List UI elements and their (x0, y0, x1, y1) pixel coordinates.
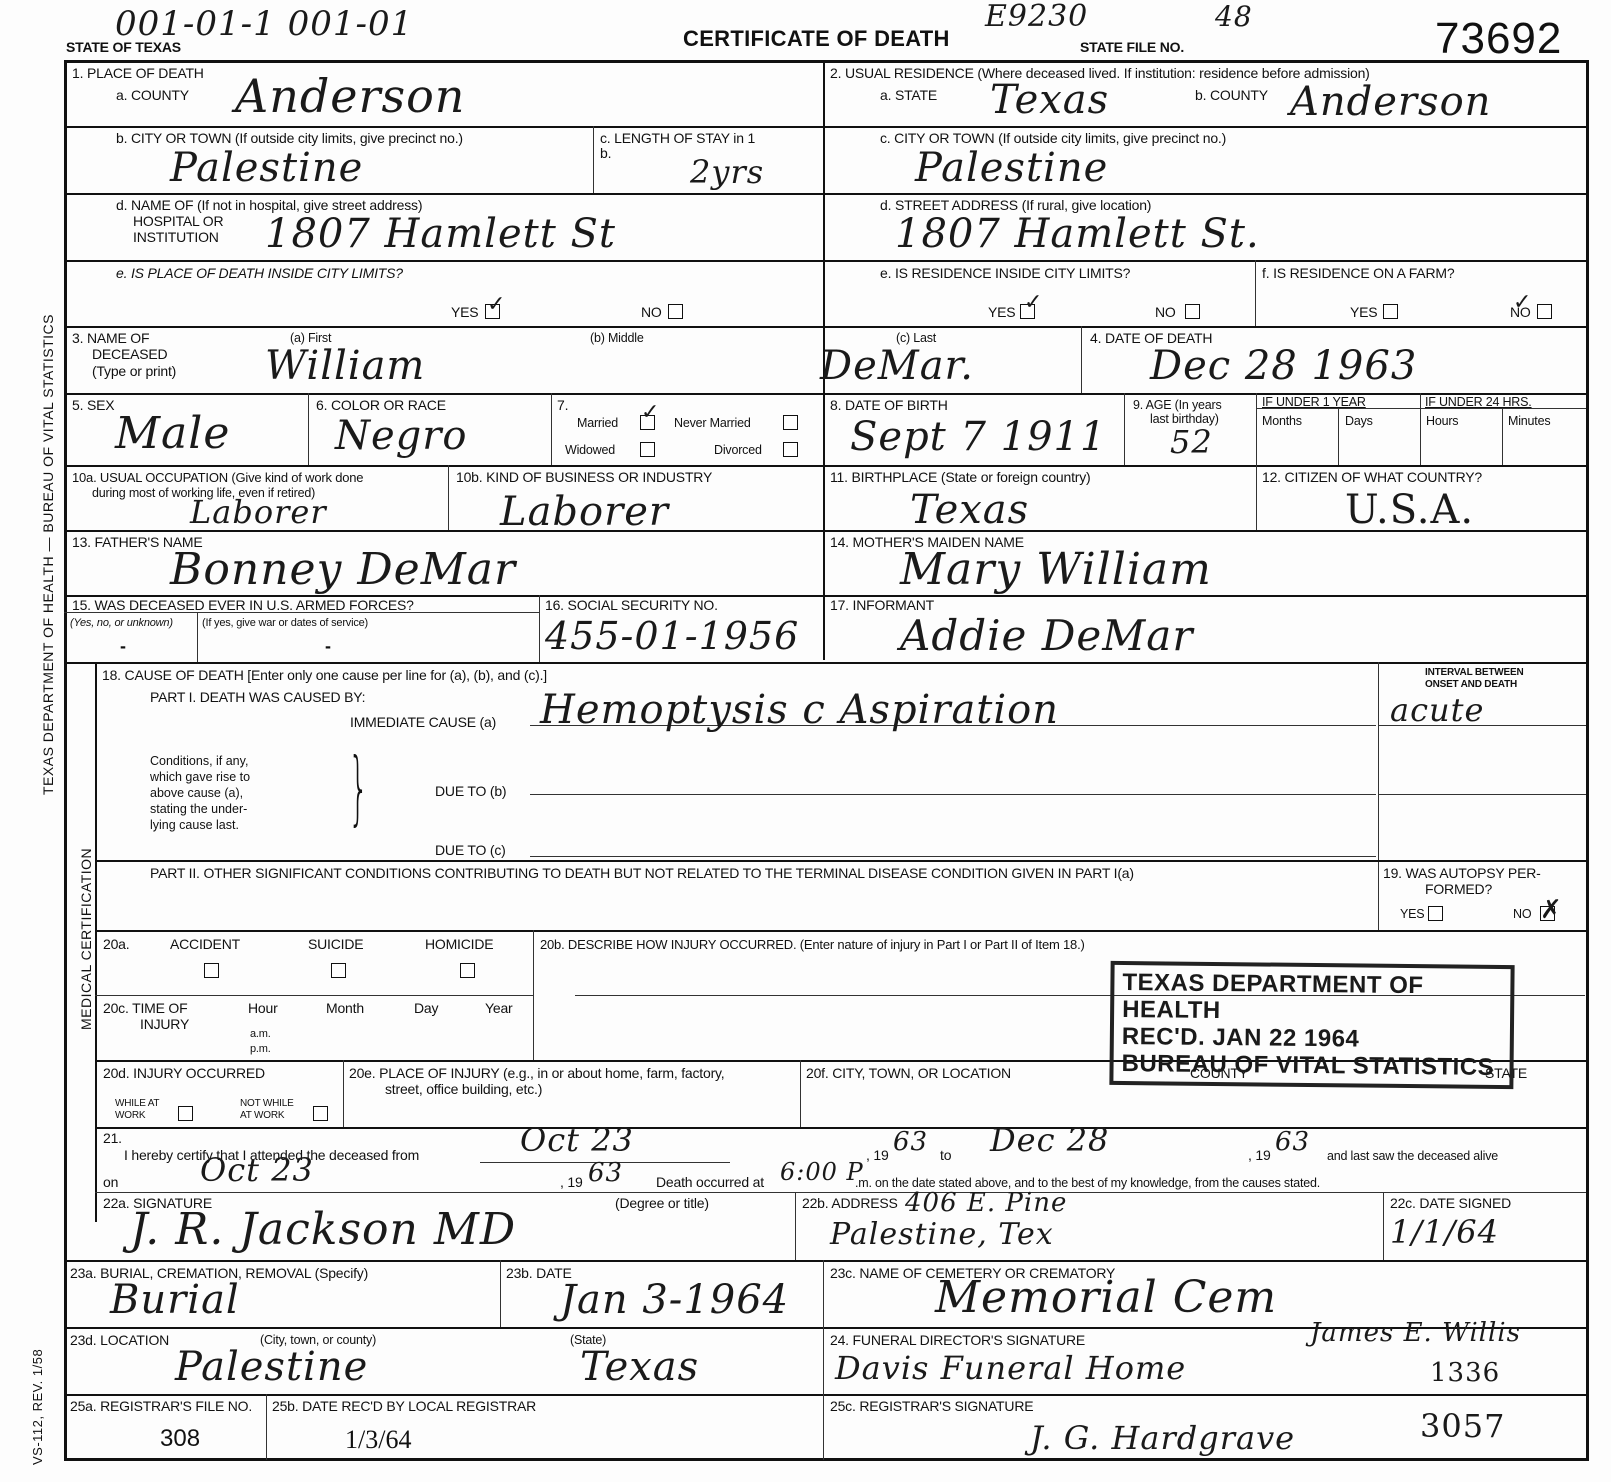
frame-left (64, 60, 67, 1460)
state-file-number: 73692 (1435, 14, 1562, 64)
citizen-value[interactable]: U.S.A. (1345, 488, 1474, 532)
interval-label-1: INTERVAL BETWEEN (1425, 667, 1523, 679)
frame-top (64, 60, 1589, 63)
sex-value[interactable]: Male (115, 412, 230, 456)
last-name-value[interactable]: DeMar. (820, 344, 974, 388)
injury-type-label: 20a. (103, 937, 129, 952)
date-of-death-value[interactable]: Dec 28 1963 (1150, 344, 1417, 388)
stamp-line-2: REC'D. JAN 22 1964 (1122, 1023, 1502, 1054)
armed-yes-no-label: (Yes, no, or unknown) (70, 617, 173, 629)
industry-value[interactable]: Laborer (500, 490, 669, 534)
armed-forces-label: 15. WAS DECEASED EVER IN U.S. ARMED FORC… (72, 598, 414, 613)
rule (530, 856, 1376, 857)
autopsy-yes-checkbox[interactable] (1428, 906, 1443, 921)
injury-city-label: 20f. CITY, TOWN, OR LOCATION (806, 1066, 1011, 1081)
age-label-1: 9. AGE (In years (1133, 398, 1222, 412)
handwritten-48: 48 (1215, 2, 1253, 32)
rule (448, 465, 449, 530)
rule (530, 794, 1376, 795)
burial-value[interactable]: Burial (110, 1278, 240, 1322)
due-to-b-label: DUE TO (b) (435, 784, 506, 799)
received-stamp: TEXAS DEPARTMENT OF HEALTH REC'D. JAN 22… (1109, 961, 1514, 1089)
degree-label: (Degree or title) (615, 1196, 709, 1211)
interval-label-2: ONSET AND DEATH (1425, 679, 1517, 691)
widowed-checkbox[interactable] (640, 442, 655, 457)
rule (1124, 393, 1125, 465)
registrar-file-value[interactable]: 308 (160, 1425, 200, 1453)
divorced-checkbox[interactable] (783, 442, 798, 457)
rule (551, 393, 552, 465)
armed-war-value[interactable]: - (325, 636, 331, 657)
conditions-note: Conditions, if any, which gave rise to a… (150, 753, 250, 833)
part1-label: PART I. DEATH WAS CAUSED BY: (150, 690, 365, 705)
months-label: Months (1262, 414, 1302, 428)
father-value[interactable]: Bonney DeMar (170, 548, 516, 592)
mother-value[interactable]: Mary William (900, 548, 1212, 592)
homicide-checkbox[interactable] (460, 963, 475, 978)
funeral-director-number[interactable]: 1336 (1430, 1358, 1500, 1388)
birthplace-label: 11. BIRTHPLACE (State or foreign country… (830, 470, 1091, 485)
rule (266, 1394, 267, 1460)
describe-injury-label: 20b. DESCRIBE HOW INJURY OCCURRED. (Ente… (540, 937, 1085, 952)
under-24-label: IF UNDER 24 HRS. (1425, 395, 1532, 409)
checkmark-icon: ✓ (1024, 290, 1042, 315)
handwritten-code: 001-01-1 001-01 (115, 6, 413, 42)
autopsy-no-label: NO (1513, 907, 1531, 921)
location-state-value[interactable]: Texas (580, 1345, 699, 1389)
marital-divorced-label: Divorced (714, 443, 762, 457)
interval-value[interactable]: acute (1390, 692, 1484, 728)
cause-label: 18. CAUSE OF DEATH [Enter only one cause… (102, 668, 547, 683)
conditions-note-line: above cause (a), (150, 785, 250, 801)
rule (343, 1060, 344, 1127)
rule (1081, 326, 1082, 393)
suicide-checkbox[interactable] (331, 963, 346, 978)
accident-checkbox[interactable] (204, 963, 219, 978)
year-label: Year (485, 1001, 513, 1016)
residence-city-value[interactable]: Palestine (915, 146, 1108, 190)
certificate-title: CERTIFICATE OF DEATH (683, 26, 950, 52)
rule (308, 393, 309, 465)
name-label-1: 3. NAME OF (72, 331, 149, 346)
occupation-value[interactable]: Laborer (190, 494, 327, 530)
certification-text-2: and last saw the deceased alive (1327, 1149, 1498, 1163)
registrar-signature-value[interactable]: J. G. Hardgrave (1030, 1420, 1295, 1456)
dob-label: 8. DATE OF BIRTH (830, 398, 948, 413)
day-label: Day (414, 1001, 438, 1016)
date-signed-value[interactable]: 1/1/64 (1390, 1214, 1499, 1250)
death-city-label: b. CITY OR TOWN (If outside city limits,… (116, 131, 463, 146)
rule (800, 1060, 801, 1127)
marital-label: 7. (557, 398, 568, 413)
conditions-note-line: stating the under- (150, 801, 250, 817)
accident-label: ACCIDENT (170, 937, 240, 952)
month-label: Month (326, 1001, 364, 1016)
rule (1378, 794, 1586, 795)
part2-label: PART II. OTHER SIGNIFICANT CONDITIONS CO… (150, 866, 1134, 881)
not-work-label-1: NOT WHILE (240, 1098, 294, 1110)
residence-state-label: a. STATE (880, 88, 937, 103)
immediate-cause-value[interactable]: Hemoptysis c Aspiration (540, 688, 1059, 732)
marital-married-label: Married (577, 416, 618, 430)
death-inside-limits-label: e. IS PLACE OF DEATH INSIDE CITY LIMITS? (116, 266, 403, 281)
attended-to-year[interactable]: 63 (1275, 1127, 1310, 1157)
registrar-file-label: 25a. REGISTRAR'S FILE NO. (70, 1399, 252, 1414)
state-file-label: STATE FILE NO. (1080, 40, 1184, 55)
frame-bottom (64, 1458, 1589, 1461)
under-1-year-label: IF UNDER 1 YEAR (1262, 395, 1366, 409)
physician-signature[interactable]: J. R. Jackson MD (130, 1208, 516, 1252)
homicide-label: HOMICIDE (425, 937, 493, 952)
autopsy-yes-label: YES (1400, 907, 1424, 921)
length-of-stay-value[interactable]: 2yrs (690, 154, 764, 190)
at-work-label-1: WHILE AT (115, 1098, 159, 1110)
death-yes-label: YES (451, 305, 478, 320)
checkmark-icon: ✓ (1513, 290, 1531, 315)
rule (197, 612, 198, 662)
autopsy-label-1: 19. WAS AUTOPSY PER- (1383, 866, 1541, 881)
residence-street-value[interactable]: 1807 Hamlett St. (895, 212, 1260, 256)
date-signed-label: 22c. DATE SIGNED (1390, 1196, 1511, 1211)
rule (1256, 393, 1257, 465)
pm-label: p.m. (250, 1043, 271, 1055)
last-seen-date[interactable]: Oct 23 (200, 1152, 314, 1188)
rule (1338, 408, 1339, 465)
sex-label: 5. SEX (72, 398, 114, 413)
stamp-line-3: BUREAU OF VITAL STATISTICS (1121, 1050, 1501, 1081)
farm-yes-checkbox[interactable] (1383, 304, 1398, 319)
x-mark-icon: ✗ (1540, 895, 1562, 925)
checkmark-icon: ✓ (641, 400, 659, 425)
middle-name-label: (b) Middle (590, 331, 644, 345)
conditions-note-line: which gave rise to (150, 769, 250, 785)
rule (1255, 260, 1256, 326)
to-year-prefix: , 19 (1248, 1148, 1271, 1163)
not-at-work-checkbox[interactable] (313, 1106, 328, 1121)
rule (64, 126, 1589, 128)
physician-address-1[interactable]: 406 E. Pine (905, 1188, 1067, 1218)
conditions-note-line: Conditions, if any, (150, 753, 250, 769)
frame-right (1586, 60, 1589, 1460)
rule (539, 595, 540, 662)
state-of-texas-label: STATE OF TEXAS (66, 40, 181, 55)
side-text-medical: MEDICAL CERTIFICATION (78, 848, 94, 1030)
marital-never-label: Never Married (674, 416, 751, 430)
last-seen-year-prefix: , 19 (560, 1175, 583, 1190)
handwritten-file-ref: E9230 (985, 2, 1088, 32)
hospital-value[interactable]: 1807 Hamlett St (265, 212, 616, 256)
rule (95, 1192, 1586, 1193)
side-text-form-no: VS-112, REV. 1/58 (30, 1349, 45, 1465)
funeral-home-value[interactable]: Davis Funeral Home (835, 1350, 1186, 1386)
armed-war-label: (If yes, give war or dates of service) (202, 617, 368, 629)
injury-occurred-label: 20d. INJURY OCCURRED (103, 1066, 265, 1081)
to-label: to (940, 1148, 951, 1163)
place-of-death-label: 1. PLACE OF DEATH (72, 66, 204, 81)
conditions-note-line: lying cause last. (150, 817, 250, 833)
burial-date-value[interactable]: Jan 3-1964 (560, 1278, 789, 1322)
race-value[interactable]: Negro (335, 414, 467, 458)
am-label: a.m. (250, 1028, 271, 1040)
marital-widowed-label: Widowed (565, 443, 615, 457)
industry-label: 10b. KIND OF BUSINESS OR INDUSTRY (456, 470, 712, 485)
rule (593, 126, 594, 193)
due-to-c-label: DUE TO (c) (435, 843, 506, 858)
physician-address-label: 22b. ADDRESS (802, 1196, 898, 1211)
rule (64, 465, 1589, 467)
death-county-value[interactable]: Anderson (235, 74, 465, 118)
brace-icon: } (348, 748, 368, 828)
immediate-cause-label: IMMEDIATE CAUSE (a) (350, 715, 496, 730)
hospital-label-2: HOSPITAL OR (133, 214, 223, 229)
physician-address-2[interactable]: Palestine, Tex (830, 1220, 1054, 1250)
armed-yes-no-value[interactable]: - (120, 636, 126, 657)
attended-from-year[interactable]: 63 (893, 1127, 928, 1157)
farm-yes-label: YES (1350, 305, 1377, 320)
rule (95, 995, 533, 996)
cemetery-value[interactable]: Memorial Cem (935, 1276, 1277, 1320)
rule (64, 1394, 1589, 1396)
rule (823, 1260, 824, 1460)
hours-label: Hours (1426, 414, 1458, 428)
rule (500, 1260, 501, 1327)
ssn-label: 16. SOCIAL SECURITY NO. (545, 598, 718, 613)
time-of-injury-label-2: INJURY (140, 1017, 189, 1032)
checkmark-icon: ✓ (487, 292, 505, 317)
location-city-value[interactable]: Palestine (175, 1345, 368, 1389)
rule (95, 1127, 1586, 1129)
death-occurred-at-label: Death occurred at (656, 1175, 764, 1190)
local-registrar-date-label: 25b. DATE REC'D BY LOCAL REGISTRAR (272, 1399, 536, 1414)
certification-number: 21. (103, 1131, 122, 1146)
attended-to-date[interactable]: Dec 28 (990, 1122, 1109, 1158)
death-county-label: a. COUNTY (116, 88, 189, 103)
residence-county-label: b. COUNTY (1195, 88, 1268, 103)
side-text-department: TEXAS DEPARTMENT OF HEALTH — BUREAU OF V… (40, 314, 56, 795)
suicide-label: SUICIDE (308, 937, 363, 952)
hour-label: Hour (248, 1001, 278, 1016)
at-work-checkbox[interactable] (178, 1106, 193, 1121)
name-label-3: (Type or print) (92, 364, 176, 379)
never-married-checkbox[interactable] (783, 415, 798, 430)
death-city-value[interactable]: Palestine (170, 146, 363, 190)
rule (64, 662, 1589, 664)
dob-value[interactable]: Sept 7 1911 (850, 415, 1106, 459)
place-of-injury-label-1: 20e. PLACE OF INJURY (e.g., in or about … (349, 1066, 725, 1081)
citizen-label: 12. CITIZEN OF WHAT COUNTRY? (1262, 470, 1482, 485)
death-inside-no-checkbox[interactable] (668, 304, 683, 319)
residence-state-value[interactable]: Texas (990, 78, 1109, 122)
rule (64, 326, 1589, 328)
birthplace-value[interactable]: Texas (910, 488, 1029, 532)
attended-from-date[interactable]: Oct 23 (520, 1122, 634, 1158)
registrar-signature-label: 25c. REGISTRAR'S SIGNATURE (830, 1399, 1033, 1414)
rule (795, 1192, 796, 1260)
local-registrar-date-value[interactable]: 1/3/64 (345, 1425, 411, 1455)
registrar-signature-number[interactable]: 3057 (1420, 1408, 1505, 1444)
rule (1502, 408, 1503, 465)
first-name-value[interactable]: William (265, 344, 425, 388)
days-label: Days (1345, 414, 1373, 428)
farm-label: f. IS RESIDENCE ON A FARM? (1262, 266, 1454, 281)
place-of-injury-label-2: street, office building, etc.) (385, 1082, 542, 1097)
rule (95, 930, 1586, 932)
death-time-value[interactable]: 6:00 P (780, 1157, 864, 1187)
minutes-label: Minutes (1508, 414, 1550, 428)
autopsy-label-2: FORMED? (1425, 882, 1492, 897)
funeral-director-label: 24. FUNERAL DIRECTOR'S SIGNATURE (830, 1333, 1085, 1348)
at-work-label-2: WORK (115, 1110, 145, 1122)
rule (1256, 465, 1257, 530)
informant-value[interactable]: Addie DeMar (900, 614, 1193, 658)
rule (533, 930, 534, 1060)
residence-inside-limits-label: e. IS RESIDENCE INSIDE CITY LIMITS? (880, 266, 1130, 281)
medical-frame-left (95, 662, 97, 1222)
time-of-injury-label-1: 20c. TIME OF (103, 1001, 187, 1016)
ssn-value[interactable]: 455-01-1956 (545, 614, 799, 658)
rule (1383, 1192, 1384, 1260)
residence-yes-label: YES (988, 305, 1015, 320)
occupation-label-1: 10a. USUAL OCCUPATION (Give kind of work… (72, 470, 363, 485)
hospital-label-3: INSTITUTION (133, 230, 219, 245)
location-label: 23d. LOCATION (70, 1333, 169, 1348)
rule (1378, 662, 1379, 932)
farm-no-checkbox[interactable] (1537, 304, 1552, 319)
death-no-label: NO (641, 305, 662, 320)
rule (1378, 860, 1586, 862)
stamp-line-1: TEXAS DEPARTMENT OF HEALTH (1122, 969, 1503, 1027)
residence-no-label: NO (1155, 305, 1176, 320)
residence-city-label: c. CITY OR TOWN (If outside city limits,… (880, 131, 1226, 146)
on-label: on (103, 1175, 118, 1190)
name-label-2: DECEASED (92, 347, 167, 362)
rule (64, 260, 1589, 262)
residence-inside-no-checkbox[interactable] (1185, 304, 1200, 319)
funeral-director-signature[interactable]: James E. Willis (1310, 1318, 1521, 1348)
rule (1420, 393, 1421, 465)
age-value[interactable]: 52 (1170, 424, 1213, 460)
last-seen-year[interactable]: 63 (588, 1158, 623, 1188)
from-year-prefix: , 19 (866, 1148, 889, 1163)
rule (95, 860, 1378, 862)
race-label: 6. COLOR OR RACE (316, 398, 446, 413)
not-work-label-2: AT WORK (240, 1110, 284, 1122)
rule (64, 193, 1589, 195)
residence-county-value[interactable]: Anderson (1290, 80, 1491, 124)
rule (64, 1260, 1589, 1262)
